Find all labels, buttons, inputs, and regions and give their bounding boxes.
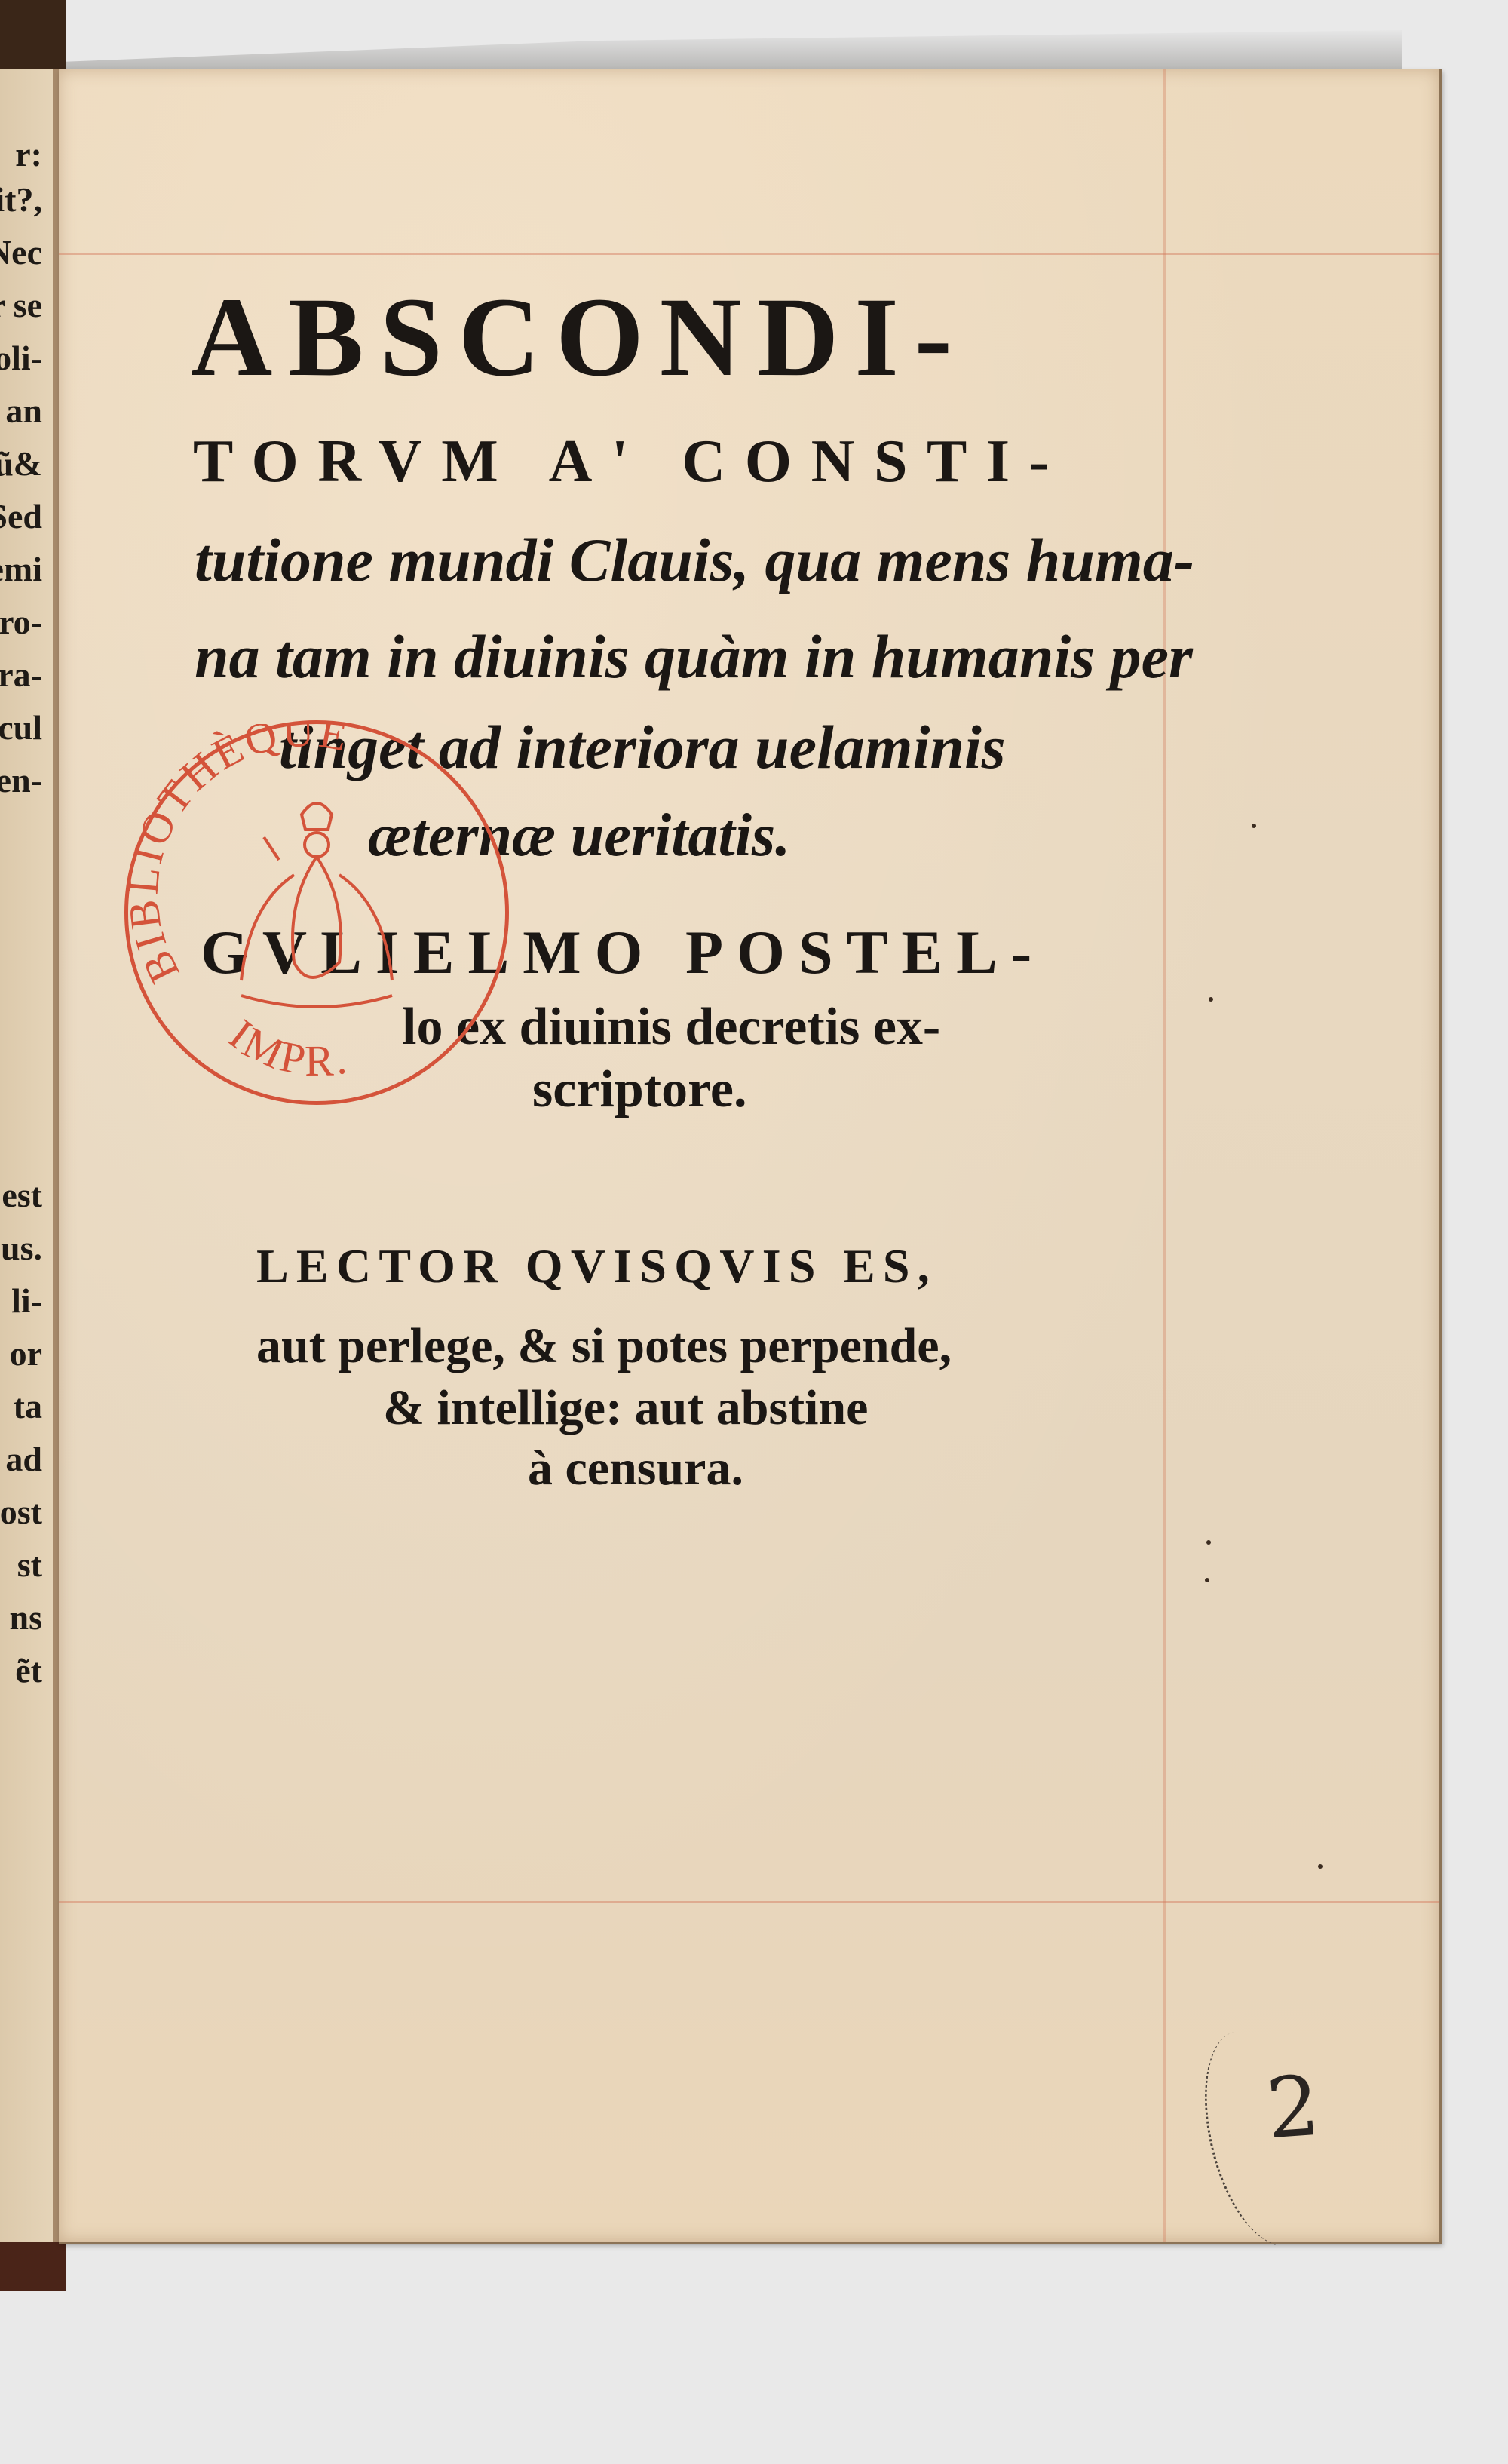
- title-line-4: na tam in diuinis quàm in humanis per: [195, 626, 1193, 688]
- facing-line: est: [2, 1178, 42, 1213]
- stamp-bottom-text: IMPR.: [220, 1010, 353, 1085]
- motto-line-3-wrap: & intellige: aut abstine: [383, 1383, 868, 1433]
- motto-line-2-wrap: aut perlege, & si potes perpende,: [256, 1321, 952, 1371]
- title-line-2: TORVM A' CONSTI-: [193, 431, 1068, 492]
- library-stamp: BIBLIOTHÈQUE IMPR.: [124, 720, 509, 1105]
- facing-line: ro-: [0, 605, 42, 640]
- title-line-2-wrap: TORVM A' CONSTI-: [193, 431, 1068, 492]
- paper-speck: [1206, 1540, 1211, 1545]
- motto-line-1-wrap: LECTOR QVISQVIS ES,: [256, 1242, 937, 1290]
- paper-speck: [1318, 1864, 1323, 1869]
- paper-speck: [1252, 824, 1256, 828]
- ruled-line-bottom: [59, 1901, 1439, 1903]
- book-gutter: [53, 69, 59, 2242]
- motto-line-1: LECTOR QVISQVIS ES,: [256, 1242, 937, 1290]
- facing-line: en-: [0, 763, 42, 798]
- facing-line: ẽt: [15, 1653, 42, 1688]
- facing-line: ns: [10, 1600, 42, 1635]
- paper-speck: [1205, 1578, 1209, 1582]
- book-binding-top: [0, 0, 66, 69]
- author-line-3-wrap: scriptore.: [532, 1063, 746, 1116]
- title-block: ABSCONDI-: [191, 281, 968, 394]
- facing-line: Nec: [0, 235, 42, 270]
- motto-line-4-wrap: à censura.: [528, 1444, 743, 1493]
- facing-line: li-: [11, 1284, 42, 1318]
- motto-line-4: à censura.: [528, 1444, 743, 1493]
- crowned-eagle-icon: BIBLIOTHÈQUE IMPR.: [128, 724, 505, 1101]
- facing-line: Sed: [0, 499, 42, 534]
- svg-text:IMPR.: IMPR.: [220, 1010, 353, 1085]
- facing-line: emi: [0, 552, 42, 587]
- page-number: 2: [1264, 2057, 1323, 2158]
- facing-page-edge: r: it?, Nec r se oli- an ũ& Sed emi ro- …: [0, 69, 54, 2242]
- facing-line: oli-: [0, 341, 42, 376]
- facing-line: or: [10, 1336, 42, 1371]
- facing-line: ost: [0, 1495, 42, 1530]
- facing-line: ta: [14, 1389, 42, 1424]
- facing-line: st: [17, 1548, 42, 1582]
- motto-line-3: & intellige: aut abstine: [383, 1383, 868, 1433]
- facing-line: it?,: [0, 183, 42, 217]
- ruled-line-top: [59, 253, 1439, 255]
- motto-line-2: aut perlege, & si potes perpende,: [256, 1321, 952, 1371]
- ruled-line-right: [1163, 69, 1166, 2242]
- title-line-4-wrap: na tam in diuinis quàm in humanis per: [195, 626, 1193, 688]
- book-binding-bottom: [0, 2238, 66, 2291]
- facing-line: cul: [0, 710, 42, 745]
- title-line-3: tutione mundi Clauis, qua mens huma-: [195, 529, 1194, 591]
- title-line-3-wrap: tutione mundi Clauis, qua mens huma-: [195, 529, 1194, 591]
- paper-speck: [1209, 997, 1213, 1002]
- facing-line: ad: [5, 1442, 42, 1477]
- author-line-3: scriptore.: [532, 1063, 746, 1116]
- facing-line: r se: [0, 288, 42, 323]
- title-page: ABSCONDI- TORVM A' CONSTI- tutione mundi…: [59, 69, 1442, 2244]
- facing-line: r:: [15, 137, 42, 172]
- facing-line: us.: [1, 1231, 42, 1266]
- facing-line: an: [5, 394, 42, 428]
- title-line-1: ABSCONDI-: [191, 281, 968, 394]
- facing-line: ũ&: [0, 446, 42, 481]
- facing-line: ra-: [0, 658, 42, 692]
